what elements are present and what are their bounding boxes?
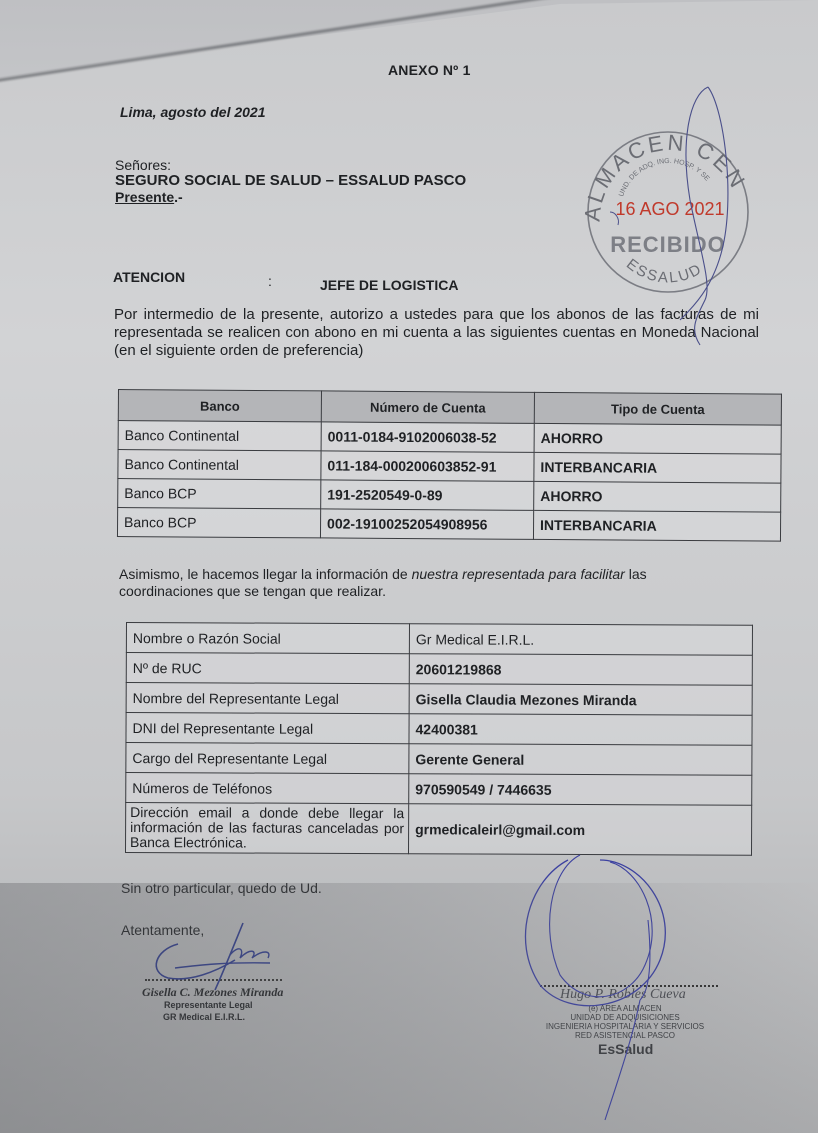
- header-account-type: Tipo de Cuenta: [534, 392, 781, 425]
- receiver-org: EsSalud: [598, 1041, 653, 1057]
- account-type-cell: AHORRO: [534, 423, 781, 454]
- info-label: Nombre del Representante Legal: [126, 683, 409, 714]
- info-label: Nombre o Razón Social: [126, 623, 409, 654]
- bank-cell: Banco Continental: [118, 450, 321, 480]
- signer-name: Gisella C. Mezones Miranda: [142, 985, 283, 1000]
- account-type-cell: AHORRO: [534, 481, 781, 512]
- receiver-line-1: (e) AREA ALMACEN: [505, 1004, 745, 1013]
- table-row: Nombre del Representante Legal Gisella C…: [126, 683, 752, 716]
- info-label: Cargo del Representante Legal: [126, 743, 409, 774]
- info-value: 20601219868: [409, 654, 752, 685]
- account-number-cell: 0011-0184-9102006038-52: [321, 422, 534, 452]
- attention-colon: :: [268, 273, 272, 289]
- attention-value: JEFE DE LOGISTICA: [320, 277, 458, 293]
- signature-line: [145, 979, 282, 981]
- signer-signature-stroke: [175, 963, 270, 968]
- signer-signature-stroke: [230, 949, 269, 958]
- recipient-org: SEGURO SOCIAL DE SALUD – ESSALUD PASCO: [115, 173, 466, 189]
- second-paragraph-a: Asimismo, le hacemos llegar la informaci…: [119, 566, 412, 582]
- table-row: Banco Continental 0011-0184-9102006038-5…: [118, 421, 781, 455]
- stamp-date: 16 AGO 2021: [615, 199, 724, 219]
- attention-label: ATENCION: [113, 269, 185, 285]
- stamp-status: RECIBIDO: [610, 232, 726, 257]
- receiver-signature-loop: [525, 860, 665, 1006]
- table-row: Nº de RUC 20601219868: [126, 653, 752, 686]
- table-row: Cargo del Representante Legal Gerente Ge…: [126, 743, 752, 776]
- info-label: DNI del Representante Legal: [126, 713, 409, 744]
- signer-role: Representante Legal: [164, 1000, 253, 1010]
- signer-company: GR Medical E.I.R.L.: [163, 1012, 245, 1022]
- intro-paragraph: Por intermedio de la presente, autorizo …: [114, 306, 759, 360]
- receiver-line-4: RED ASISTENCIAL PASCO: [505, 1031, 745, 1040]
- present-text: Presente: [115, 189, 174, 205]
- info-label: Dirección email a donde debe llegar la i…: [125, 803, 408, 854]
- table-row: Números de Teléfonos 970590549 / 7446635: [126, 773, 752, 806]
- account-number-cell: 002-19100252054908956: [320, 509, 533, 539]
- info-value: Gr Medical E.I.R.L.: [409, 624, 752, 655]
- table-row: Banco Continental 011-184-000200603852-9…: [118, 450, 781, 484]
- company-info-table: Nombre o Razón Social Gr Medical E.I.R.L…: [125, 622, 753, 856]
- receiver-line-3: INGENIERIA HOSPITALARIA Y SERVICIOS: [505, 1022, 745, 1031]
- info-label: Nº de RUC: [126, 653, 409, 684]
- info-value: Gisella Claudia Mezones Miranda: [409, 684, 752, 715]
- present-line: Presente.-: [115, 189, 466, 205]
- salutation: Señores:: [115, 157, 466, 173]
- account-number-cell: 191-2520549-0-89: [321, 480, 534, 510]
- second-paragraph-b: nuestra representada para facilitar: [412, 566, 625, 582]
- regards-line: Atentamente,: [121, 922, 204, 938]
- second-paragraph: Asimismo, le hacemos llegar la informaci…: [119, 566, 739, 600]
- header-bank: Banco: [118, 390, 321, 422]
- date-line: Lima, agosto del 2021: [120, 104, 266, 120]
- table-row: Banco BCP 002-19100252054908956 INTERBAN…: [117, 508, 780, 542]
- table-row: DNI del Representante Legal 42400381: [126, 713, 752, 746]
- info-value: grmedicaleirl@gmail.com: [408, 804, 751, 855]
- received-stamp: ALMACEN CENTRAL UND. DE ADQ. ING. HOSP. …: [578, 117, 758, 302]
- stamp-bottom-text: ESSALUD: [623, 256, 706, 287]
- account-number-cell: 011-184-000200603852-91: [321, 451, 534, 481]
- bank-cell: Banco BCP: [118, 479, 321, 509]
- bank-accounts-table: Banco Número de Cuenta Tipo de Cuenta Ba…: [117, 389, 782, 542]
- header-account-number: Número de Cuenta: [321, 391, 534, 423]
- document-title: ANEXO Nº 1: [388, 62, 471, 78]
- info-label: Números de Teléfonos: [126, 773, 409, 804]
- receiver-signature-loop: [550, 855, 653, 997]
- signer-signature-stroke: [156, 944, 235, 979]
- receiver-name: Hugo P. Robles Cueva: [560, 987, 686, 1003]
- bank-cell: Banco BCP: [117, 508, 320, 538]
- present-suffix: .-: [174, 189, 183, 205]
- receiver-line-2: UNIDAD DE ADQUISICIONES: [505, 1013, 745, 1022]
- account-type-cell: INTERBANCARIA: [533, 510, 780, 541]
- info-value: 970590549 / 7446635: [409, 774, 752, 805]
- info-value: Gerente General: [409, 744, 752, 775]
- recipient-block: Señores: SEGURO SOCIAL DE SALUD – ESSALU…: [115, 157, 466, 205]
- table-row: Banco BCP 191-2520549-0-89 AHORRO: [118, 479, 781, 513]
- bank-cell: Banco Continental: [118, 421, 321, 451]
- table-row: Nombre o Razón Social Gr Medical E.I.R.L…: [126, 623, 752, 656]
- table-row: Dirección email a donde debe llegar la i…: [125, 803, 751, 856]
- account-type-cell: INTERBANCARIA: [534, 452, 781, 483]
- table-header-row: Banco Número de Cuenta Tipo de Cuenta: [118, 390, 781, 426]
- info-value: 42400381: [409, 714, 752, 745]
- closing-line: Sin otro particular, quedo de Ud.: [121, 880, 322, 896]
